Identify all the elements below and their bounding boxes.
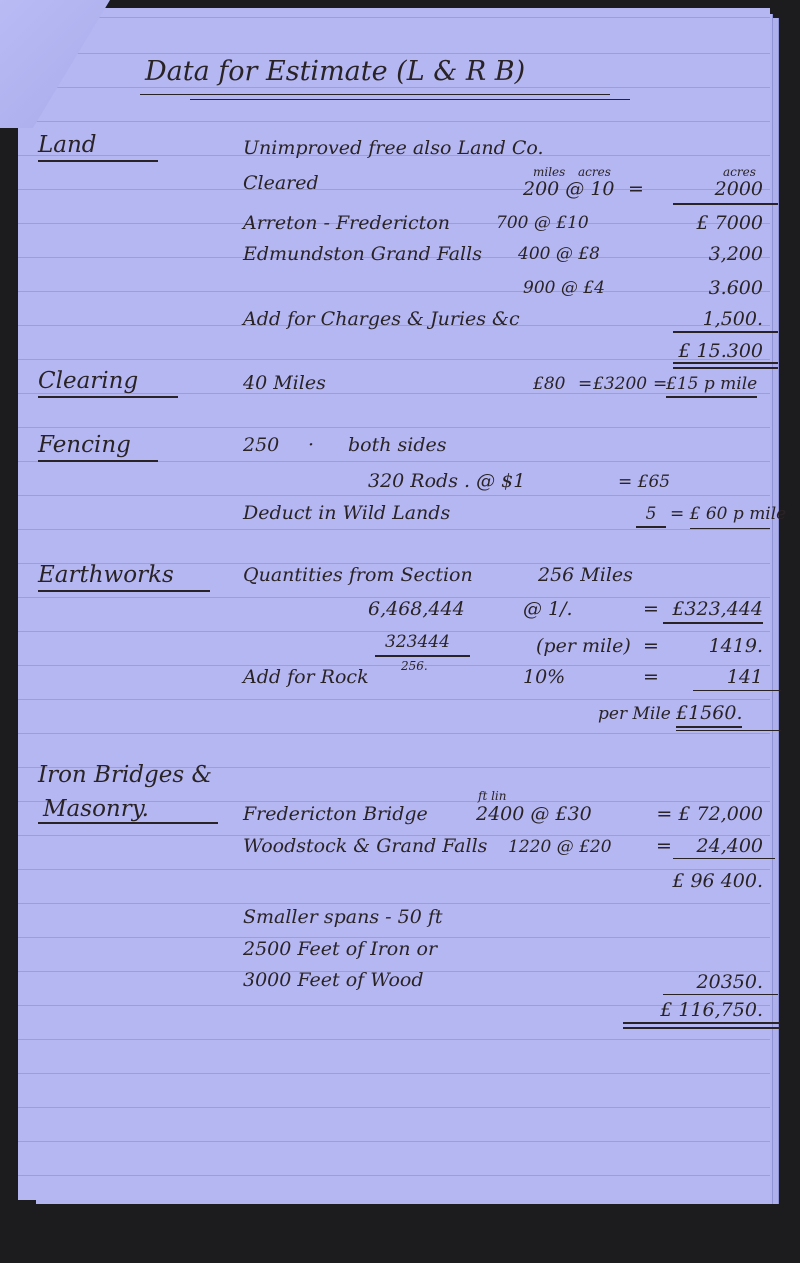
earthworks-total-rule — [676, 730, 781, 731]
fencing-line-1-dot: · — [308, 436, 314, 455]
land-unit-miles: miles — [533, 166, 565, 178]
iron-bridges-row-2-eq: = — [656, 837, 672, 856]
section-heading-iron-bridges-line-1: Iron Bridges & — [38, 764, 212, 787]
clearing-per-mile: £15 p mile — [666, 376, 757, 398]
clearing-eq-1: = — [578, 376, 592, 393]
iron-bridges-total: £ 116,750. — [628, 1001, 763, 1020]
clearing-total: £3200 — [593, 376, 647, 393]
title-underline-2 — [190, 99, 630, 100]
iron-bridges-note-3: 3000 Feet of Wood — [243, 971, 424, 990]
earthworks-fraction-numerator: 323444 — [385, 634, 450, 651]
earthworks-fraction-denominator: 256. — [401, 660, 428, 672]
earthworks-line-1-miles: 256 Miles — [538, 566, 633, 585]
land-subtotal-rule — [673, 331, 778, 333]
iron-bridges-row-1-calc: 2400 @ £30 — [476, 805, 592, 824]
land-row-3-label: Edmundston Grand Falls — [243, 245, 482, 264]
earthworks-line-2-rate: @ 1/. — [523, 600, 573, 619]
land-cleared-rule — [673, 203, 778, 205]
land-row-4-calc: 900 @ £4 — [523, 280, 605, 297]
iron-bridges-heading-rule — [38, 822, 218, 824]
land-unit-acres: acres — [578, 166, 611, 178]
land-total: £ 15.300 — [638, 342, 763, 361]
land-row-5-value: 1,500. — [668, 310, 763, 329]
land-row-2-calc: 700 @ £10 — [496, 215, 589, 232]
iron-bridges-row-2-label: Woodstock & Grand Falls — [243, 837, 487, 856]
earthworks-fraction-bar — [375, 655, 470, 657]
section-heading-earthworks: Earthworks — [38, 564, 210, 592]
iron-bridges-row-1-value: = £ 72,000 — [628, 805, 763, 824]
earthworks-line-4-label: Add for Rock — [243, 668, 369, 687]
iron-bridges-total-rule — [623, 1022, 780, 1024]
iron-bridges-row-1-unit: ft lin — [478, 790, 506, 802]
title-underline — [140, 94, 610, 95]
iron-bridges-row-2-calc: 1220 @ £20 — [508, 839, 612, 856]
land-cleared-result: 2000 — [668, 180, 763, 199]
earthworks-line-1: Quantities from Section — [243, 566, 473, 585]
fencing-line-3-value: 5 — [636, 506, 666, 528]
earthworks-line-4-pct: 10% — [523, 668, 565, 687]
section-heading-fencing: Fencing — [38, 434, 158, 462]
land-total-rule — [673, 362, 778, 364]
fencing-line-2: 320 Rods . @ $1 — [368, 472, 525, 491]
earthworks-subtotal-rule — [693, 690, 781, 691]
land-row-5-label: Add for Charges & Juries &c — [243, 310, 520, 329]
land-result-unit: acres — [723, 166, 756, 178]
land-row-3-value: 3,200 — [668, 245, 763, 264]
fencing-result-rule — [690, 528, 770, 529]
iron-bridges-note-2: 2500 Feet of Iron or — [243, 940, 437, 959]
land-row-2-value: £ 7000 — [648, 214, 763, 233]
earthworks-line-2-value: £323,444 — [663, 600, 763, 624]
fencing-line-1-qty: 250 — [243, 436, 279, 455]
earthworks-line-3-value: 1419. — [683, 637, 763, 656]
ledger-page: Data for Estimate (L & R B) Land Unimpro… — [18, 8, 770, 1200]
earthworks-line-4-value: 141 — [683, 668, 763, 687]
earthworks-line-4-eq: = — [643, 668, 659, 687]
fencing-line-2-eq: = £65 — [618, 474, 670, 491]
land-row-2-label: Arreton - Fredericton — [243, 214, 450, 233]
fencing-line-1-text: both sides — [348, 436, 447, 455]
iron-bridges-row-1-label: Fredericton Bridge — [243, 805, 428, 824]
earthworks-per-mile-label: per Mile — [598, 706, 671, 723]
land-cleared-eq: = — [628, 180, 644, 199]
clearing-rate: £80 — [533, 376, 565, 393]
earthworks-per-mile-value: £1560. — [676, 704, 742, 728]
earthworks-line-3-note: (per mile) — [536, 637, 631, 656]
iron-bridges-small-spans-value: 20350. — [668, 973, 763, 992]
land-cleared-label: Cleared — [243, 174, 319, 193]
land-line-1: Unimproved free also Land Co. — [243, 139, 544, 158]
section-heading-land: Land — [38, 134, 158, 162]
clearing-detail: 40 Miles — [243, 374, 326, 393]
earthworks-line-2-qty: 6,468,444 — [368, 600, 465, 619]
land-cleared-calc: 200 @ 10 — [523, 180, 615, 199]
iron-bridges-row-2-value: 24,400 — [673, 837, 763, 856]
fencing-line-3-label: Deduct in Wild Lands — [243, 504, 450, 523]
page-title-text: Data for Estimate (L & R B) — [145, 56, 525, 87]
land-row-4-value: 3.600 — [668, 279, 763, 298]
iron-bridges-small-spans-rule — [663, 994, 778, 995]
section-heading-clearing: Clearing — [38, 370, 178, 398]
iron-bridges-subtotal: £ 96 400. — [638, 872, 763, 891]
iron-bridges-note-1: Smaller spans - 50 ft — [243, 908, 443, 927]
fencing-line-3-result: = £ 60 p mile — [670, 506, 786, 523]
iron-bridges-subtotal-rule — [673, 858, 775, 859]
land-row-3-calc: 400 @ £8 — [518, 246, 600, 263]
earthworks-line-3-eq: = — [643, 637, 659, 656]
section-heading-iron-bridges-line-2: Masonry. — [43, 798, 149, 821]
page-title: Data for Estimate (L & R B) — [145, 58, 525, 85]
earthworks-line-2-eq: = — [643, 600, 659, 619]
